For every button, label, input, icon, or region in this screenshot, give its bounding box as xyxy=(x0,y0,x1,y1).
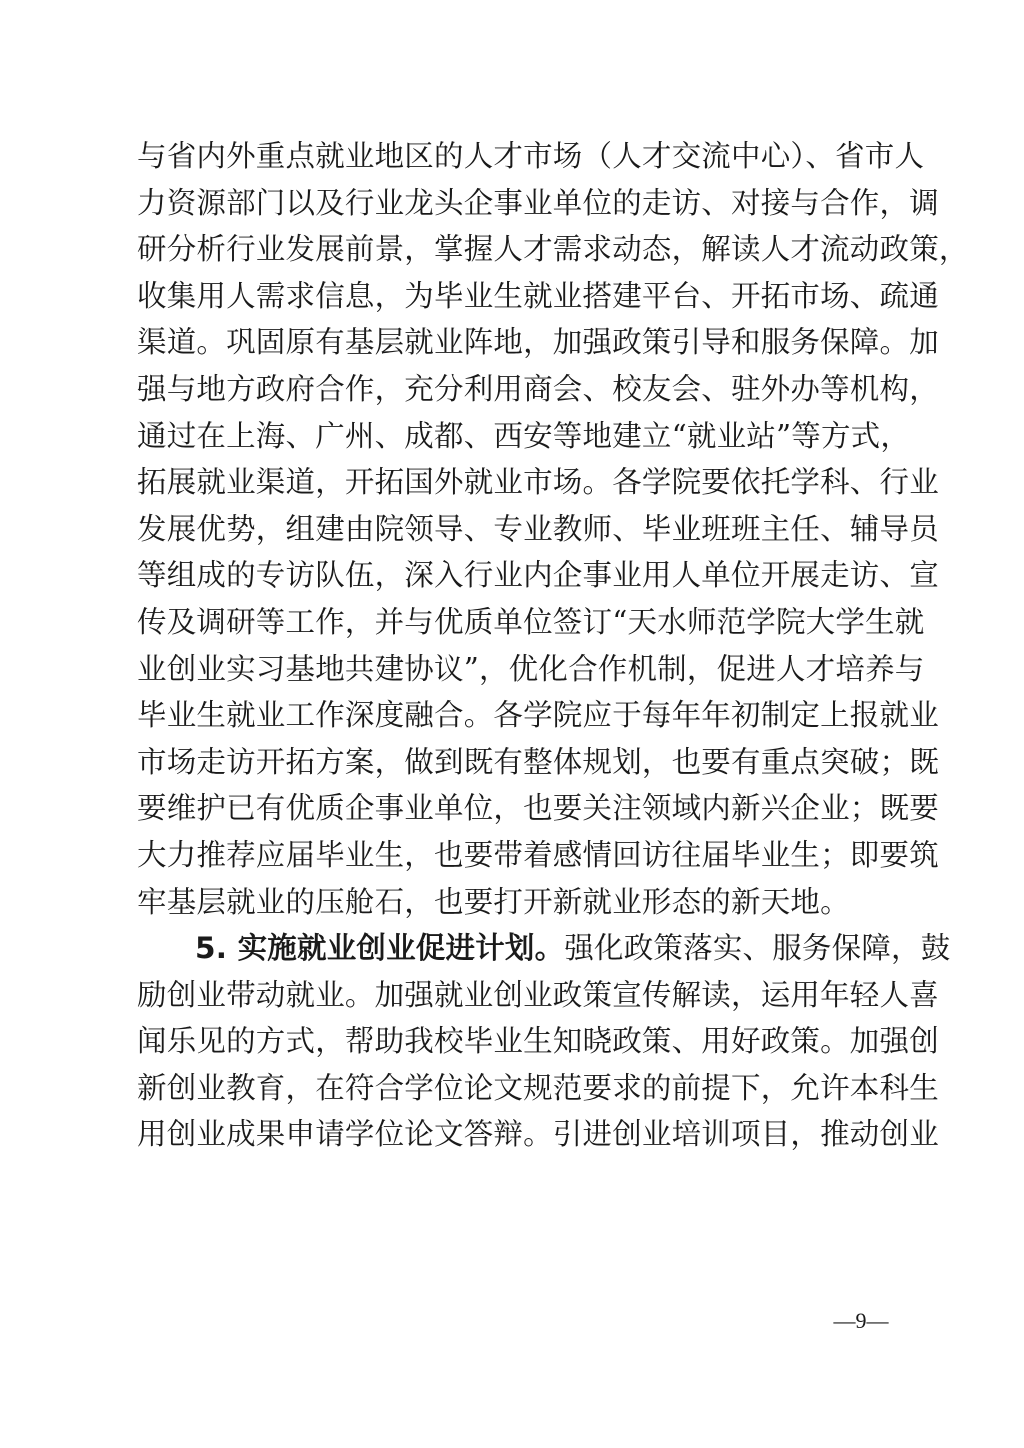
text-line: 收集用人需求信息，为毕业生就业搭建平台、开拓市场、疏通 xyxy=(137,273,883,320)
text-line: 毕业生就业工作深度融合。各学院应于每年年初制定上报就业 xyxy=(137,692,883,739)
text-line: 大力推荐应届毕业生，也要带着感情回访往届毕业生；即要筑 xyxy=(137,832,883,879)
section-heading-continuation: 强化政策落实、服务保障，鼓 xyxy=(564,931,950,965)
text-line: 拓展就业渠道，开拓国外就业市场。各学院要依托学科、行业 xyxy=(137,459,883,506)
text-line: 新创业教育，在符合学位论文规范要求的前提下，允许本科生 xyxy=(137,1065,883,1112)
text-line: 等组成的专访队伍，深入行业内企事业用人单位开展走访、宣 xyxy=(137,552,883,599)
section-first-line: 5. 实施就业创业促进计划。强化政策落实、服务保障，鼓 xyxy=(137,925,883,972)
text-line: 渠道。巩固原有基层就业阵地，加强政策引导和服务保障。加 xyxy=(137,319,883,366)
text-line: 业创业实习基地共建协议”，优化合作机制，促进人才培养与 xyxy=(137,646,883,693)
text-line: 通过在上海、广州、成都、西安等地建立“就业站”等方式， xyxy=(137,413,883,460)
text-line: 要维护已有优质企事业单位，也要关注领域内新兴企业；既要 xyxy=(137,785,883,832)
text-line: 用创业成果申请学位论文答辩。引进创业培训项目，推动创业 xyxy=(137,1111,883,1158)
text-line: 闻乐见的方式，帮助我校毕业生知晓政策、用好政策。加强创 xyxy=(137,1018,883,1065)
text-line: 力资源部门以及行业龙头企事业单位的走访、对接与合作，调 xyxy=(137,180,883,227)
text-line: 发展优势，组建由院领导、专业教师、毕业班班主任、辅导员 xyxy=(137,506,883,553)
text-line: 与省内外重点就业地区的人才市场（人才交流中心）、省市人 xyxy=(137,133,883,180)
paragraph-entrepreneurship-plan: 5. 实施就业创业促进计划。强化政策落实、服务保障，鼓 励创业带动就业。加强就业… xyxy=(137,925,883,1158)
text-line: 励创业带动就业。加强就业创业政策宣传解读，运用年轻人喜 xyxy=(137,972,883,1019)
text-line: 传及调研等工作，并与优质单位签订“天水师范学院大学生就 xyxy=(137,599,883,646)
text-line: 牢基层就业的压舱石，也要打开新就业形态的新天地。 xyxy=(137,879,883,926)
section-heading: 5. 实施就业创业促进计划。 xyxy=(195,931,564,965)
page-number: —9— xyxy=(826,1308,896,1334)
body-text: 与省内外重点就业地区的人才市场（人才交流中心）、省市人 力资源部门以及行业龙头企… xyxy=(137,133,883,1158)
text-line: 研分析行业发展前景，掌握人才需求动态，解读人才流动政策， xyxy=(137,226,883,273)
paragraph-market-outreach: 与省内外重点就业地区的人才市场（人才交流中心）、省市人 力资源部门以及行业龙头企… xyxy=(137,133,883,925)
document-page: 与省内外重点就业地区的人才市场（人才交流中心）、省市人 力资源部门以及行业龙头企… xyxy=(0,0,1024,1448)
text-line: 市场走访开拓方案，做到既有整体规划，也要有重点突破；既 xyxy=(137,739,883,786)
text-line: 强与地方政府合作，充分利用商会、校友会、驻外办等机构， xyxy=(137,366,883,413)
